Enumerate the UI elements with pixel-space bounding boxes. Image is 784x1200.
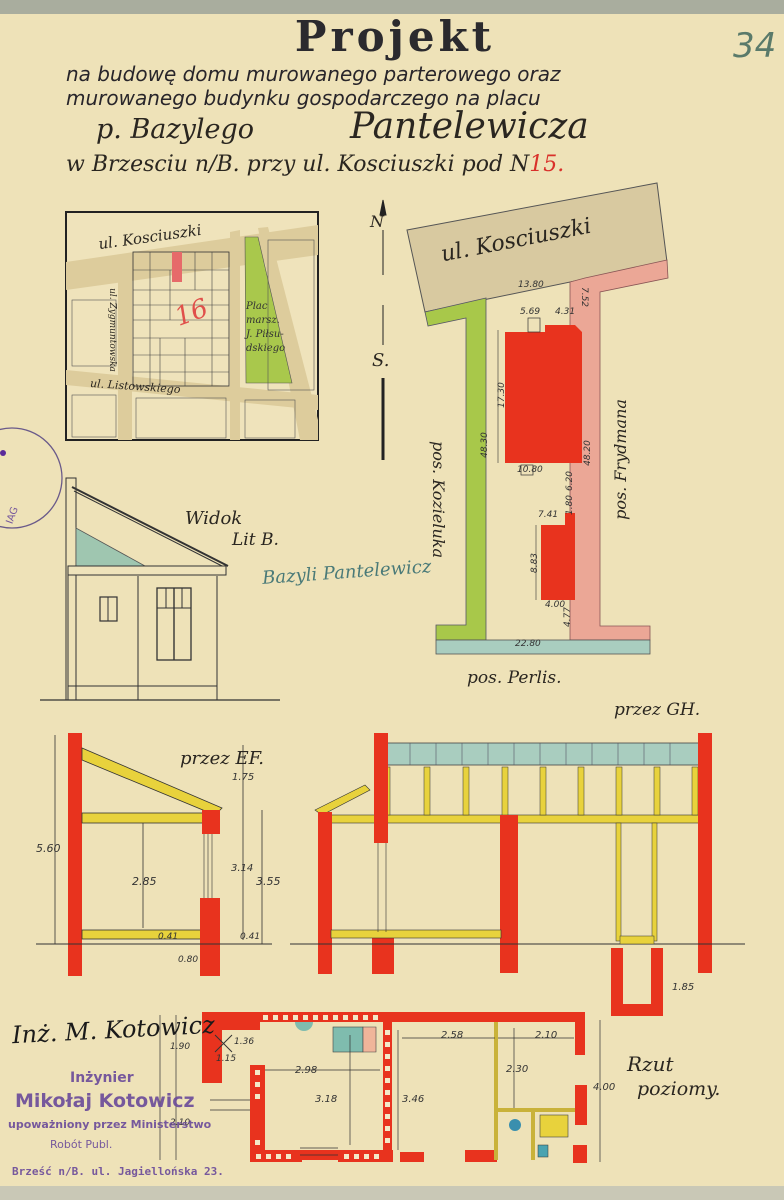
dim-wing-d: 4.00	[593, 1082, 615, 1093]
drawing-title: Projekt	[205, 12, 585, 61]
dim-setback: 7.52	[579, 287, 589, 307]
dim-house-width: 10.80	[517, 465, 543, 475]
dim-hall-d: 3.46	[402, 1094, 424, 1105]
dim-rear: 22.80	[515, 639, 541, 649]
neighbor-bottom-label: pos. Perlis.	[467, 668, 562, 688]
dim-outbuilding-depth: 8.83	[530, 553, 540, 573]
subtitle-line-1: na budowę domu murowanego parterowego or…	[66, 62, 561, 86]
dim-wall-total: 3.55	[256, 875, 281, 888]
dim-plot-right: 48.20	[583, 440, 593, 466]
dim-interior: 2.85	[132, 875, 157, 888]
address-line: w Brzesciu n/B. przy ul. Kosciuszki pod …	[66, 152, 564, 177]
dim-gap-1: 6.20	[565, 471, 575, 491]
floor-plan	[160, 1012, 600, 1163]
dim-offset-left: 5.69	[520, 307, 540, 317]
drawing-sheet: Projekt 34 na budowę domu murowanego par…	[0, 0, 784, 1200]
elevation-subtitle: Lit B.	[232, 530, 279, 550]
stamp-line-5: Brześć n/B. ul. Jagiellońska 23.	[12, 1165, 224, 1178]
owner-name: Pantelewicza	[350, 106, 589, 147]
map-street-side: ul. Zygmuntowska	[107, 288, 117, 372]
section-ef	[36, 733, 272, 976]
square-line: Plac	[246, 300, 285, 314]
owner-prefix: p. Bazylego	[96, 114, 254, 145]
address-prefix: w Brzesciu n/B. przy ul. Kosciuszki pod …	[66, 152, 529, 177]
stamp-line-2: Mikołaj Kotowicz	[15, 1090, 195, 1112]
neighbor-right-label: pos. Frydmana	[611, 399, 630, 520]
dim-rear-gap: 4.77	[563, 607, 573, 627]
stamp-line-3: upoważniony przez Ministerstwo	[8, 1118, 211, 1131]
floor-plan-subtitle: poziomy.	[637, 1078, 720, 1100]
dim-vestibule-h: 1.90	[170, 1042, 190, 1052]
elevation-title: Widok	[185, 508, 242, 529]
dim-entry-w: 1.15	[216, 1054, 236, 1064]
dim-pantry-w: 2.10	[535, 1030, 557, 1041]
address-number: 15.	[529, 152, 564, 177]
dim-plinth: 0.41	[240, 932, 260, 942]
section-gh-title: przez GH.	[614, 700, 700, 720]
square-line: marsz.	[246, 314, 285, 328]
dim-vestibule-w: 1.36	[234, 1037, 254, 1047]
section-ef-title: przez EF.	[180, 748, 264, 769]
dim-room-w: 2.98	[295, 1065, 317, 1076]
dim-foundation: 0.80	[178, 955, 198, 965]
dim-cellar: 1.85	[672, 982, 694, 993]
neighbor-left-label: pos. Kozieluka	[429, 441, 448, 558]
dim-outbuilding-offset: 7.41	[538, 510, 558, 520]
dim-offset-right: 4.31	[555, 307, 575, 317]
sheet-number: 34	[733, 26, 776, 66]
dim-floor: 0.41	[158, 932, 178, 942]
square-line: J. Piłsu-	[246, 328, 285, 342]
dim-front: 13.80	[518, 280, 544, 290]
elevation-view	[40, 478, 280, 700]
south-label: S.	[372, 350, 389, 371]
dim-total-height: 5.60	[36, 842, 61, 855]
dim-pantry-d: 2.30	[506, 1064, 528, 1075]
square-line: dskiego	[246, 342, 285, 356]
north-label: N	[370, 212, 384, 231]
dim-kitchen-w: 2.58	[441, 1030, 463, 1041]
floor-plan-title: Rzut	[627, 1052, 674, 1076]
dim-wall: 3.14	[231, 863, 253, 874]
dim-roof: 1.75	[232, 772, 254, 783]
dim-plot-left: 48.30	[480, 432, 490, 458]
stamp-line-4: Robót Publ.	[50, 1138, 112, 1151]
dim-room-d: 3.18	[315, 1094, 337, 1105]
stamp-line-1: Inżynier	[70, 1070, 134, 1086]
section-gh	[290, 733, 745, 1016]
map-square-label: Plac marsz. J. Piłsu- dskiego	[246, 300, 285, 356]
dim-house-depth: 17.30	[497, 382, 507, 408]
north-arrow	[380, 200, 386, 460]
dim-gap-2: 1.80	[565, 495, 575, 515]
